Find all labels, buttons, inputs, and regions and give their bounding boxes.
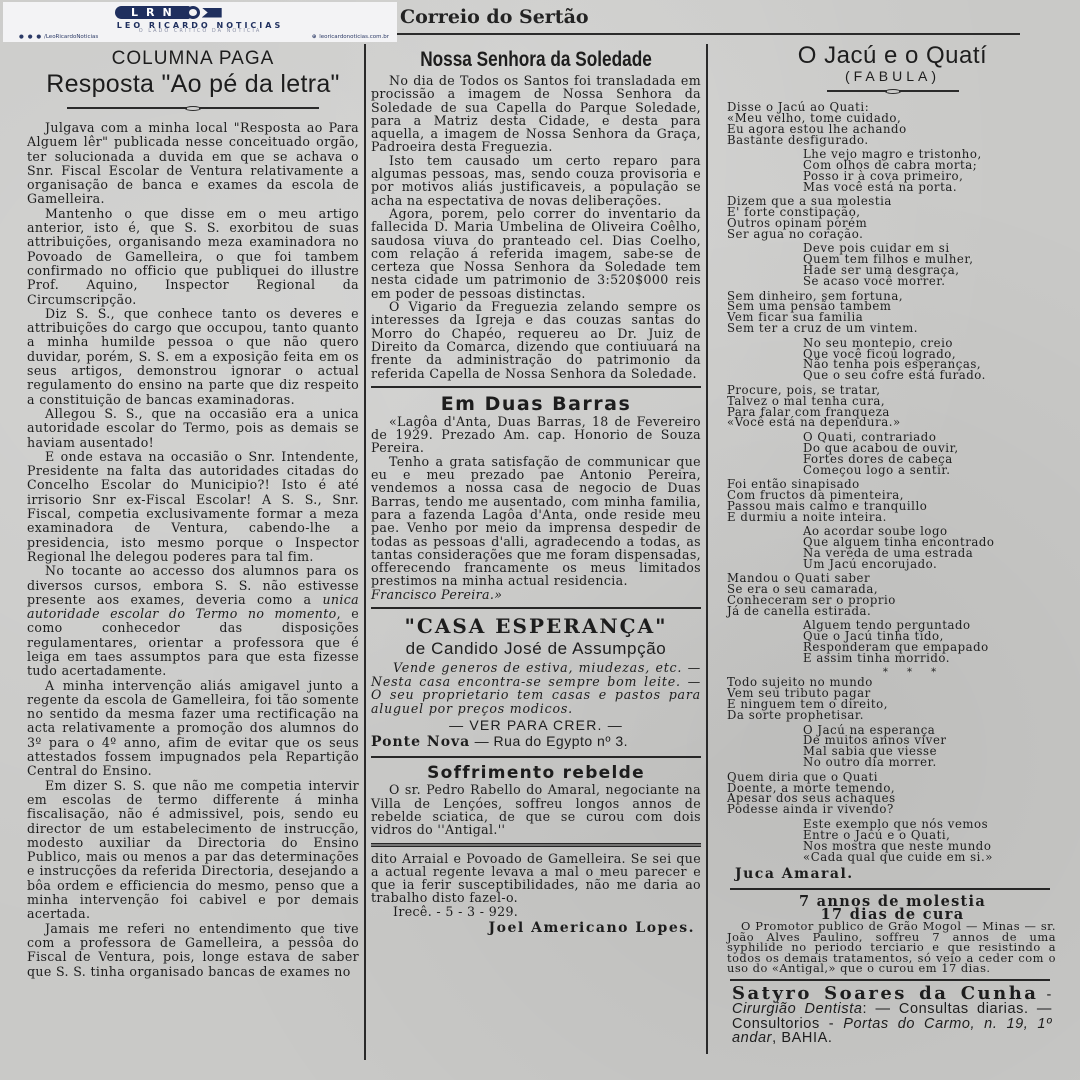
masthead-rule <box>395 33 1020 35</box>
ad-body: O Promotor publico de Grão Mogol — Minas… <box>715 921 1070 974</box>
masthead-title: Correio do Sertão <box>400 6 589 28</box>
poem-subtitle: (FABULA) <box>715 68 1070 84</box>
column-divider <box>706 44 708 1054</box>
social-icons: ● ● ● <box>19 34 42 40</box>
paragraph: Diz S. S., que conhece tanto os deveres … <box>27 307 359 407</box>
logo-text: LRN <box>115 6 190 19</box>
poem-line: «Você está na dependura.» <box>727 417 1070 428</box>
poem-stanza: No seu montepio, creioQue você ficou log… <box>727 338 1070 382</box>
paragraph: O Vigario da Freguezia zelando sempre os… <box>371 300 701 380</box>
poem-line: Da sorte prophetisar. <box>727 710 1070 721</box>
ad-slogan: — VER PARA CRER. — <box>371 717 701 733</box>
ad-subtitle: de Candido José de Assumpção <box>371 639 701 659</box>
website-link: leoricardonoticias.com.br <box>319 34 389 40</box>
article-body: Julgava com a minha local "Resposta ao P… <box>27 121 359 979</box>
poem-line: Mas você está na porta. <box>803 182 1070 193</box>
poem-stanza: Deve pois cuidar em siQuem tem filhos e … <box>727 243 1070 287</box>
poem-stanza: Foi então sinapisadoCom fructos da pimen… <box>727 479 1070 523</box>
poem-line: E durmiu a noite inteira. <box>727 512 1070 523</box>
poem-body: Disse o Jacú ao Quati:«Meu velho, tome c… <box>715 102 1070 862</box>
poem-stanza: Procure, pois, se tratar,Talvez o mal te… <box>727 385 1070 429</box>
paragraph: Allegou S. S., que na occasião era a uni… <box>27 407 359 450</box>
logo-eye-icon <box>186 6 200 19</box>
article-headline: Soffrimento rebelde <box>371 763 701 783</box>
section-divider <box>371 756 701 758</box>
paragraph: E onde estava na occasião o Snr. Intende… <box>27 450 359 564</box>
ad-address: Ponte Nova — Rua do Egypto nº 3. <box>371 733 701 750</box>
poem-line: «Cada qual que cuide em si.» <box>803 852 1070 863</box>
paragraph: Mantenho o que disse em o meu artigo ant… <box>27 207 359 307</box>
ornament-divider <box>715 88 1070 94</box>
column-3: O Jacú e o Quatí (FABULA) Disse o Jacú a… <box>715 40 1070 1046</box>
section-divider <box>730 888 1050 890</box>
article-headline: Em Duas Barras <box>371 393 701 415</box>
section-divider <box>371 843 701 847</box>
ad-place: Ponte Nova <box>371 734 470 750</box>
globe-icon: ⊕ <box>312 34 318 40</box>
paragraph: «Lagôa d'Anta, Duas Barras, 18 de Fevere… <box>371 415 701 455</box>
poem-title: O Jacú e o Quatí <box>715 42 1070 70</box>
poem-stanza: Alguem tendo perguntadoQue o Jacú tinha … <box>727 620 1070 664</box>
paragraph: A minha intervenção aliás amigavel junto… <box>27 679 359 779</box>
brand-logo: LRN <box>115 6 222 19</box>
poem-line: Que o seu cofre está furado. <box>803 370 1070 381</box>
poem-line: No outro dia morrer. <box>803 757 1070 768</box>
logo-arrow-icon <box>202 8 222 18</box>
poem-line: Ser agua no coração. <box>727 229 1070 240</box>
poem-line: Um Jacú encorujado. <box>803 559 1070 570</box>
poem-stanza: Sem dinheiro, sem fortuna,Sem uma pensão… <box>727 291 1070 335</box>
paragraph: No tocante ao accesso dos alumnos para o… <box>27 564 359 678</box>
paragraph: Agora, porem, pelo correr do inventario … <box>371 207 701 300</box>
column-1: COLUMNA PAGA Resposta "Ao pé da letra" J… <box>27 48 359 979</box>
poem-line: Se acaso você morrer. <box>803 276 1070 287</box>
poem-stanza: Todo sujeito no mundoVem seu tributo pag… <box>727 677 1070 721</box>
poem-stanza: Lhe vejo magro e tristonho,Com olhos de … <box>727 149 1070 193</box>
paragraph: Isto tem causado um certo reparo para al… <box>371 154 701 207</box>
poem-stanza: O Jacú na esperançaDe muitos annos viver… <box>727 725 1070 769</box>
paragraph: Jamais me referi no entendimento que tiv… <box>27 922 359 979</box>
poem-stanza: Quem diria que o QuatiDoente, a morte te… <box>727 772 1070 816</box>
article-headline: Resposta "Ao pé da letra" <box>27 70 359 99</box>
article-headline: Nossa Senhora da Soledade <box>401 48 672 72</box>
social-handle: /LeoRicardoNoticias <box>44 34 98 40</box>
article-continuation: dito Arraial e Povoado de Gamelleira. Se… <box>371 852 701 918</box>
poem-line: Começou logo a sentir. <box>803 465 1070 476</box>
ad-body: Vende generos de estiva, miudezas, etc. … <box>371 661 701 715</box>
poem-author: Juca Amaral. <box>715 866 1070 882</box>
poem-line: Bastante desfigurado. <box>727 135 1070 146</box>
watermark-banner: LRN LEO RICARDO NOTICIAS O LADO CRITICO … <box>3 2 397 42</box>
dateline: Irecê. - 5 - 3 - 929. <box>371 905 701 918</box>
paragraph: Tenho a grata satisfação de communicar q… <box>371 455 701 588</box>
section-divider <box>371 607 701 609</box>
social-links: ● ● ● /LeoRicardoNoticias ⊕ leoricardono… <box>19 34 389 40</box>
poem-line: Sem ter a cruz de um vintem. <box>727 323 1070 334</box>
poem-line: E assim tinha morrido. <box>803 653 1070 664</box>
ad-body: O sr. Pedro Rabello do Amaral, negociant… <box>371 783 701 836</box>
paragraph: No dia de Todos os Santos foi transladad… <box>371 74 701 154</box>
paragraph: Julgava com a minha local "Resposta ao P… <box>27 121 359 207</box>
poem-stanza: Ao acordar soube logoQue alguem tinha en… <box>727 526 1070 570</box>
article-body: «Lagôa d'Anta, Duas Barras, 18 de Fevere… <box>371 415 701 601</box>
column-2: Nossa Senhora da Soledade No dia de Todo… <box>371 48 701 936</box>
ad-title: "CASA ESPERANÇA" <box>371 614 701 638</box>
poem-stanza: O Quati, contrariadoDo que acabou de ouv… <box>727 432 1070 476</box>
poem-stanza: Dizem que a sua molestiaE' forte constip… <box>727 196 1070 240</box>
paragraph: Em dizer S. S. que não me competia inter… <box>27 779 359 922</box>
newspaper-page: LRN LEO RICARDO NOTICIAS O LADO CRITICO … <box>0 0 1080 1080</box>
poem-line: Podesse ainda ir vivendo? <box>727 804 1070 815</box>
poem-stanza: Disse o Jacú ao Quati:«Meu velho, tome c… <box>727 102 1070 146</box>
poem-stanza: Mandou o Quati saberSe era o seu camarad… <box>727 573 1070 617</box>
section-divider <box>730 979 1050 981</box>
signature: Francisco Pereira.» <box>371 588 701 601</box>
column-divider <box>364 44 366 1060</box>
section-divider <box>371 386 701 388</box>
ornament-divider <box>27 105 359 111</box>
poem-line: Já de canella estirada. <box>727 606 1070 617</box>
article-body: No dia de Todos os Santos foi transladad… <box>371 74 701 380</box>
author-signature: Joel Americano Lopes. <box>371 920 701 936</box>
dentist-ad: Satyro Soares da Cunha - Cirurgião Denti… <box>715 987 1070 1046</box>
section-kicker: COLUMNA PAGA <box>27 48 359 70</box>
poem-stanza: Este exemplo que nós vemosEntre o Jacú e… <box>727 819 1070 863</box>
